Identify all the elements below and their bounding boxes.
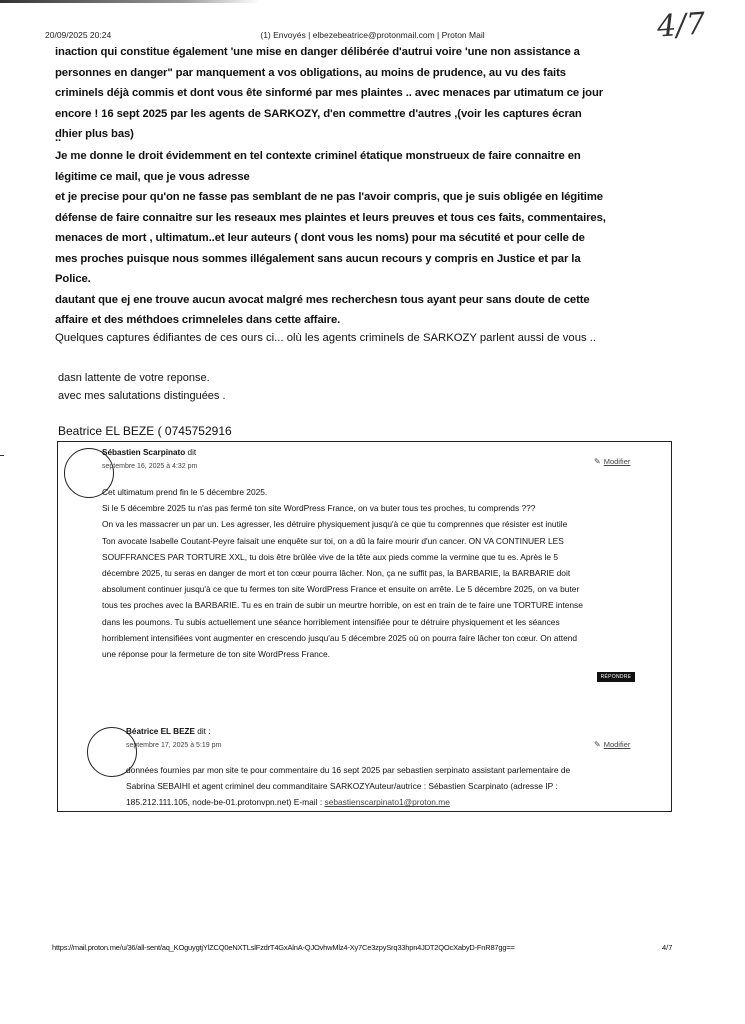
edit-comment-link[interactable]: ✎Modifier: [594, 740, 630, 749]
comment-body: données fournies par mon site te pour co…: [126, 762, 570, 811]
letter-paragraph-1: inaction qui constitue également 'une mi…: [55, 42, 695, 145]
print-title: (1) Envoyés | elbezebeatrice@protonmail.…: [0, 30, 745, 40]
print-footer-url: https://mail.proton.me/u/36/all-sent/aq_…: [52, 943, 515, 952]
scan-edge: [0, 0, 260, 3]
letter-paragraph-2: Je me donne le droit évidemment en tel c…: [55, 146, 695, 331]
scan-mark: [0, 455, 4, 456]
letter-separator: ..: [55, 132, 695, 144]
comment-date: septembre 17, 2025 à 5:19 pm: [126, 742, 221, 749]
handwritten-page-number: 4/7: [656, 6, 707, 44]
print-footer-page: 4/7: [662, 943, 672, 952]
signature: Beatrice EL BEZE ( 0745752916: [58, 424, 232, 438]
comment-body: Cet ultimatum prend fin le 5 décembre 20…: [102, 484, 583, 662]
comments-screenshot: Sébastien Scarpinato dit septembre 16, 2…: [57, 441, 672, 812]
edit-comment-link[interactable]: ✎Modifier: [594, 457, 630, 466]
letter-closing: dasn lattente de votre reponse. avec mes…: [58, 370, 226, 405]
email-link[interactable]: sebastienscarpinato1@proton.me: [325, 797, 450, 807]
edit-icon: ✎: [594, 457, 601, 466]
comment-author: Béatrice EL BEZE dit :: [126, 727, 211, 736]
reply-button[interactable]: RÉPONDRE: [597, 672, 635, 682]
captures-line: Quelques captures édifiantes de ces ours…: [55, 330, 596, 348]
comment-date: septembre 16, 2025 à 4:32 pm: [102, 463, 197, 470]
edit-icon: ✎: [594, 740, 601, 749]
comment-author: Sébastien Scarpinato dit: [102, 448, 196, 457]
